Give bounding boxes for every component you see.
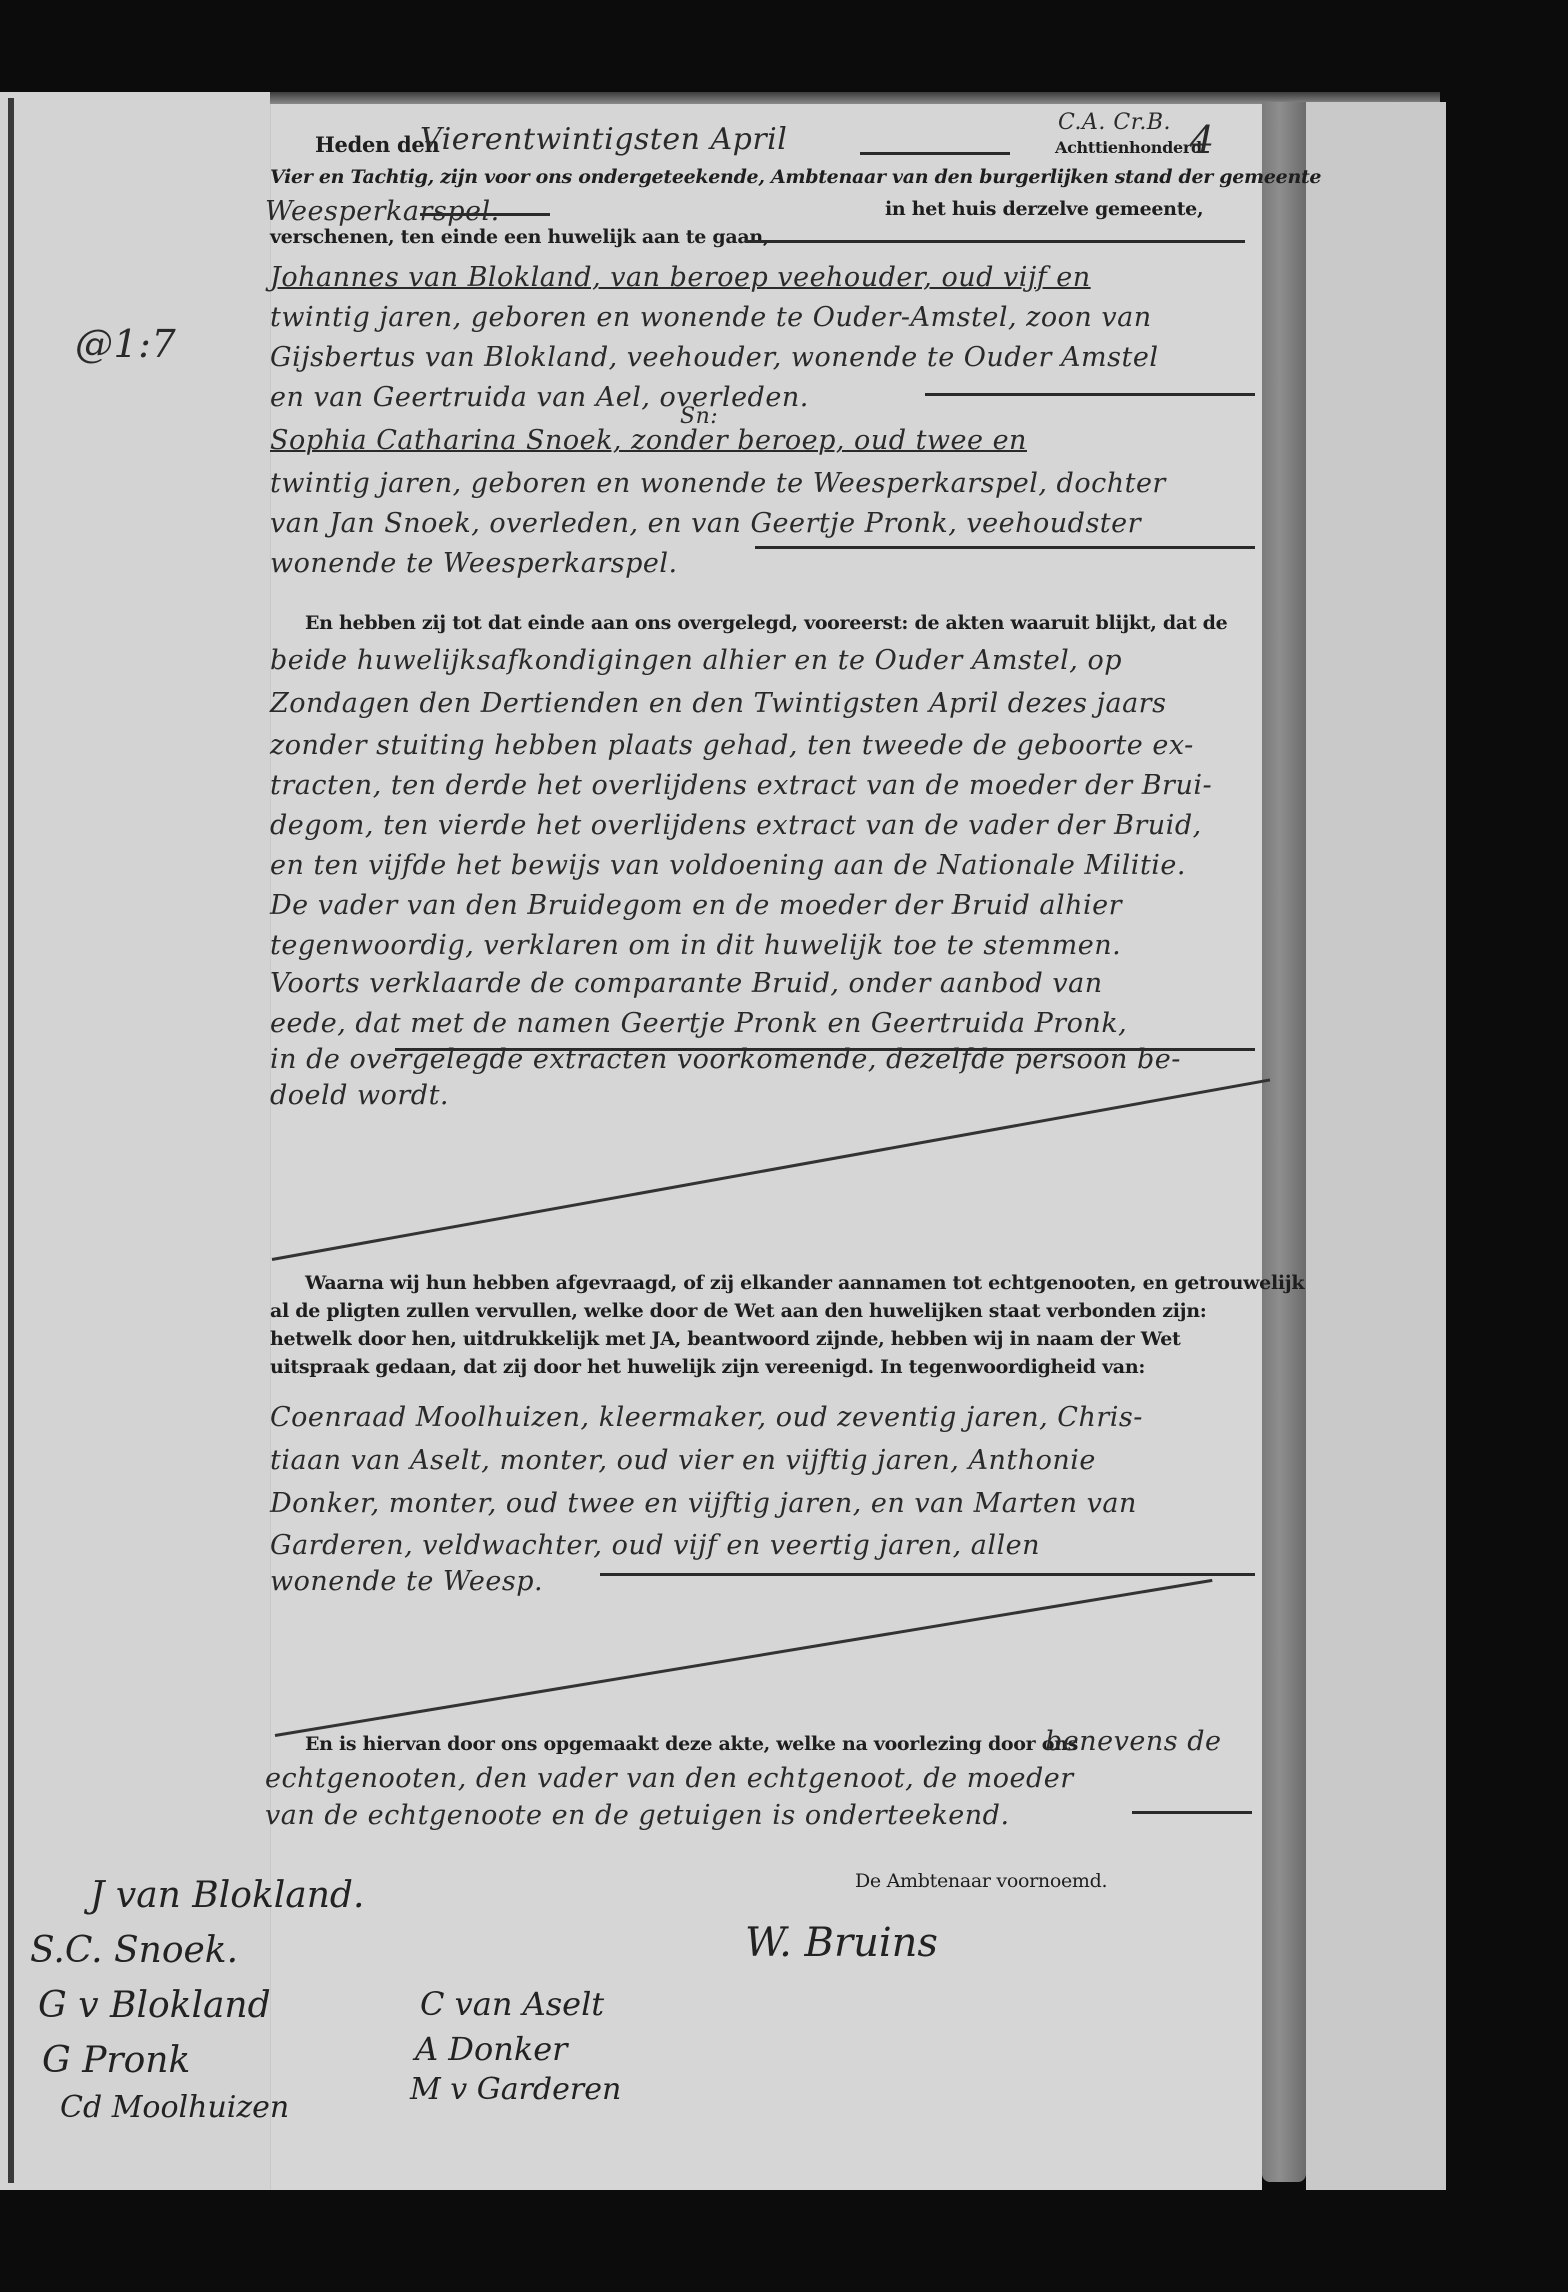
- signature-bride: S.C. Snoek.: [30, 1930, 238, 1971]
- book-binding-gutter: [1262, 102, 1306, 2182]
- fill-line: [925, 393, 1255, 396]
- vows-line-4: uitspraak gedaan, dat zij door het huwel…: [270, 1356, 1145, 1378]
- signature-official: W. Bruins: [745, 1920, 938, 1966]
- hand-date: Vierentwintigsten April: [420, 122, 787, 157]
- fill-line: [755, 546, 1255, 549]
- page-number: 4: [1190, 118, 1215, 162]
- closing-line-1: echtgenooten, den vader van den echtgeno…: [265, 1763, 1074, 1794]
- signature-witness-aselt: C van Aselt: [420, 1985, 604, 2023]
- bride-line-2: twintig jaren, geboren en wonende te Wee…: [270, 468, 1166, 499]
- vows-line-3: hetwelk door hen, uitdrukkelijk met JA, …: [270, 1328, 1180, 1350]
- docs-line-7: De vader van den Bruidegom en de moeder …: [270, 890, 1122, 921]
- groom-line-1: Johannes van Blokland, van beroep veehou…: [270, 262, 1091, 293]
- printed-line-3: in het huis derzelve gemeente,: [885, 198, 1203, 220]
- groom-line-2: twintig jaren, geboren en wonende te Oud…: [270, 302, 1152, 333]
- docs-line-2: Zondagen den Dertienden en den Twintigst…: [270, 688, 1166, 719]
- signature-witness-garderen: M v Garderen: [410, 2072, 621, 2107]
- fill-line: [860, 152, 1010, 155]
- docs-line-3: zonder stuiting hebben plaats gehad, ten…: [270, 730, 1194, 761]
- fill-line: [395, 1048, 1255, 1051]
- docs-line-10: eede, dat met de namen Geertje Pronk en …: [270, 1008, 1127, 1039]
- fill-line: [1132, 1811, 1252, 1814]
- signature-witness-moolhuizen: Cd Moolhuizen: [60, 2090, 289, 2125]
- witness-line-3: Donker, monter, oud twee en vijftig jare…: [270, 1488, 1137, 1519]
- groom-line-4: en van Geertruida van Ael, overleden.: [270, 382, 809, 413]
- printed-achttienhonderd: Achttienhonderd: [1055, 138, 1202, 157]
- hand-municipality: Weesperkarspel.: [265, 196, 500, 227]
- closing-hand-inline: benevens de: [1045, 1726, 1221, 1757]
- corner-annotation: C.A. Cr.B.: [1058, 110, 1171, 135]
- printed-documents-intro: En hebben zij tot dat einde aan ons over…: [305, 612, 1227, 634]
- witness-line-4: Garderen, veldwachter, oud vijf en veert…: [270, 1530, 1040, 1561]
- signature-groom-father: G v Blokland: [38, 1985, 271, 2026]
- fill-line: [420, 213, 550, 216]
- docs-line-12: doeld wordt.: [270, 1080, 449, 1111]
- fill-line: [745, 240, 1245, 243]
- closing-line-2: van de echtgenoote en de getuigen is ond…: [265, 1800, 1010, 1831]
- closing-printed: En is hiervan door ons opgemaakt deze ak…: [305, 1733, 1078, 1755]
- docs-line-5: degom, ten vierde het overlijdens extrac…: [270, 810, 1202, 841]
- bride-line-3: van Jan Snoek, overleden, en van Geertje…: [270, 508, 1141, 539]
- witness-line-2: tiaan van Aselt, monter, oud vier en vij…: [270, 1445, 1096, 1476]
- signature-bride-mother: G Pronk: [42, 2040, 190, 2081]
- docs-line-1: beide huwelijksafkondigingen alhier en t…: [270, 645, 1122, 676]
- vows-line-1: Waarna wij hun hebben afgevraagd, of zij…: [305, 1272, 1304, 1294]
- witness-line-5: wonende te Weesp.: [270, 1566, 543, 1597]
- groom-line-3: Gijsbertus van Blokland, veehouder, wone…: [270, 342, 1158, 373]
- docs-line-8: tegenwoordig, verklaren om in dit huweli…: [270, 930, 1121, 961]
- signature-witness-donker: A Donker: [415, 2030, 567, 2068]
- docs-line-6: en ten vijfde het bewijs van voldoening …: [270, 850, 1186, 881]
- docs-line-9: Voorts verklaarde de comparante Bruid, o…: [270, 968, 1103, 999]
- facing-page-strip: [1306, 102, 1446, 2190]
- vows-line-2: al de pligten zullen vervullen, welke do…: [270, 1300, 1206, 1322]
- printed-line-2: Vier en Tachtig, zijn voor ons ondergete…: [270, 166, 1321, 188]
- margin-note: @1:7: [75, 322, 176, 366]
- fill-line: [600, 1573, 1255, 1576]
- docs-line-4: tracten, ten derde het overlijdens extra…: [270, 770, 1212, 801]
- bride-line-1: Sophia Catharina Snoek, zonder beroep, o…: [270, 425, 1027, 456]
- signature-groom: J van Blokland.: [90, 1875, 364, 1916]
- witness-line-1: Coenraad Moolhuizen, kleermaker, oud zev…: [270, 1402, 1143, 1433]
- bride-line-4: wonende te Weesperkarspel.: [270, 548, 678, 579]
- official-label: De Ambtenaar voornoemd.: [855, 1870, 1107, 1892]
- printed-line-4: verschenen, ten einde een huwelijk aan t…: [270, 226, 769, 248]
- left-margin-rule: [8, 98, 14, 2183]
